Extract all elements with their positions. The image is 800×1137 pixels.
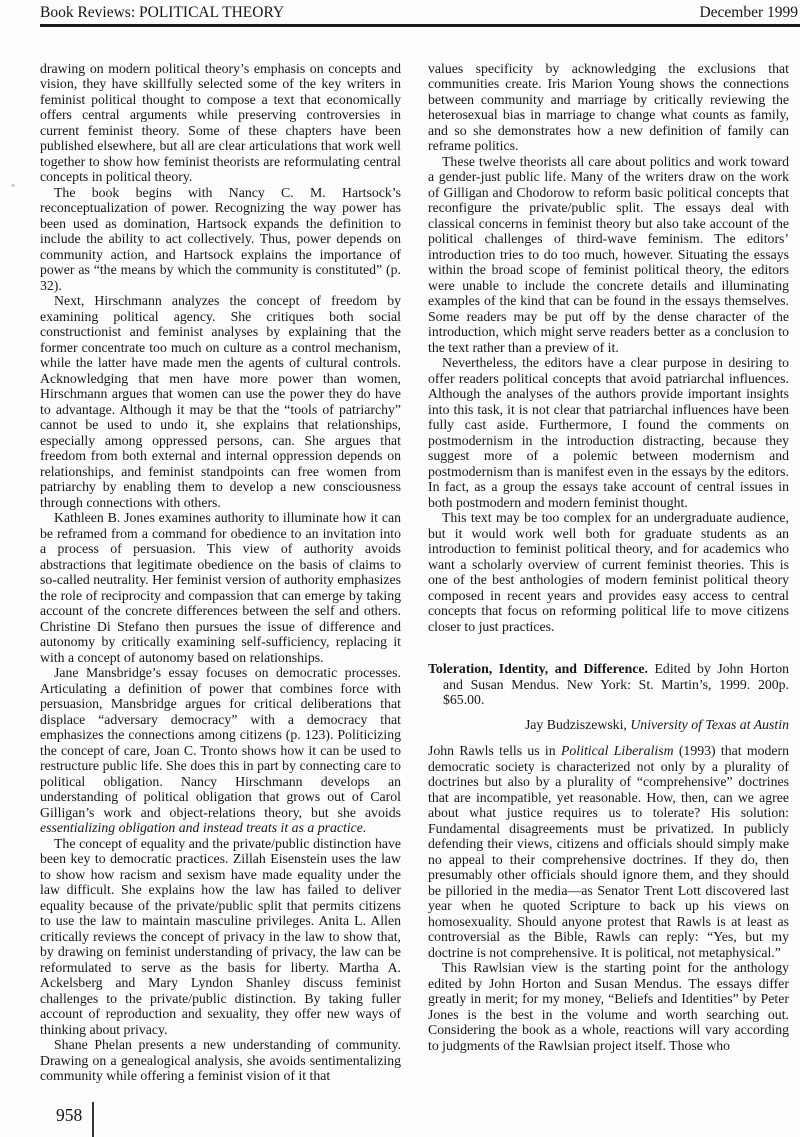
header-rule — [40, 24, 800, 27]
reviewer-name: Jay Budziszewski, — [525, 717, 630, 732]
page-number: 958 — [56, 1105, 82, 1125]
scan-artifact-speck — [11, 184, 15, 187]
paragraph: Shane Phelan presents a new understandin… — [40, 1037, 401, 1084]
journal-page: Book Reviews: POLITICAL THEORY December … — [0, 4, 800, 1084]
paragraph-text: Jane Mansbridge’s essay focuses on democ… — [40, 665, 401, 820]
paragraph: This text may be too complex for an unde… — [428, 510, 789, 634]
paragraph: The book begins with Nancy C. M. Hartsoc… — [40, 185, 401, 294]
emphasized-text: essentializing obligation and instead tr… — [40, 820, 366, 835]
reviewer-line: Jay Budziszewski, University of Texas at… — [428, 717, 789, 733]
book-citation: Toleration, Identity, and Difference. Ed… — [428, 661, 789, 708]
running-head-title: Book Reviews: POLITICAL THEORY — [40, 4, 284, 22]
paragraph: drawing on modern political theory’s emp… — [40, 61, 401, 185]
paragraph: John Rawls tells us in Political Liberal… — [428, 743, 789, 960]
left-column: drawing on modern political theory’s emp… — [40, 61, 401, 1084]
running-head: Book Reviews: POLITICAL THEORY December … — [40, 4, 798, 22]
book-title-inline: Political Liberalism — [561, 743, 674, 758]
paragraph: These twelve theorists all care about po… — [428, 154, 789, 356]
paragraph: This Rawlsian view is the starting point… — [428, 960, 789, 1053]
paragraph: Nevertheless, the editors have a clear p… — [428, 355, 789, 510]
paragraph-text: John Rawls tells us in — [428, 743, 561, 758]
paragraph: Jane Mansbridge’s essay focuses on democ… — [40, 665, 401, 836]
paragraph: Kathleen B. Jones examines authority to … — [40, 510, 401, 665]
paragraph-text: (1993) that modern democratic society is… — [428, 743, 789, 960]
running-head-date: December 1999 — [699, 4, 798, 22]
scan-artifact-line — [92, 1102, 94, 1137]
book-title: Toleration, Identity, and Difference. — [428, 661, 648, 676]
paragraph: values specificity by acknowledging the … — [428, 61, 789, 154]
paragraph: Next, Hirschmann analyzes the concept of… — [40, 293, 401, 510]
reviewer-affiliation: University of Texas at Austin — [630, 717, 789, 732]
paragraph: The concept of equality and the private/… — [40, 836, 401, 1038]
two-column-text: drawing on modern political theory’s emp… — [40, 61, 790, 1084]
right-column: values specificity by acknowledging the … — [428, 61, 789, 1084]
